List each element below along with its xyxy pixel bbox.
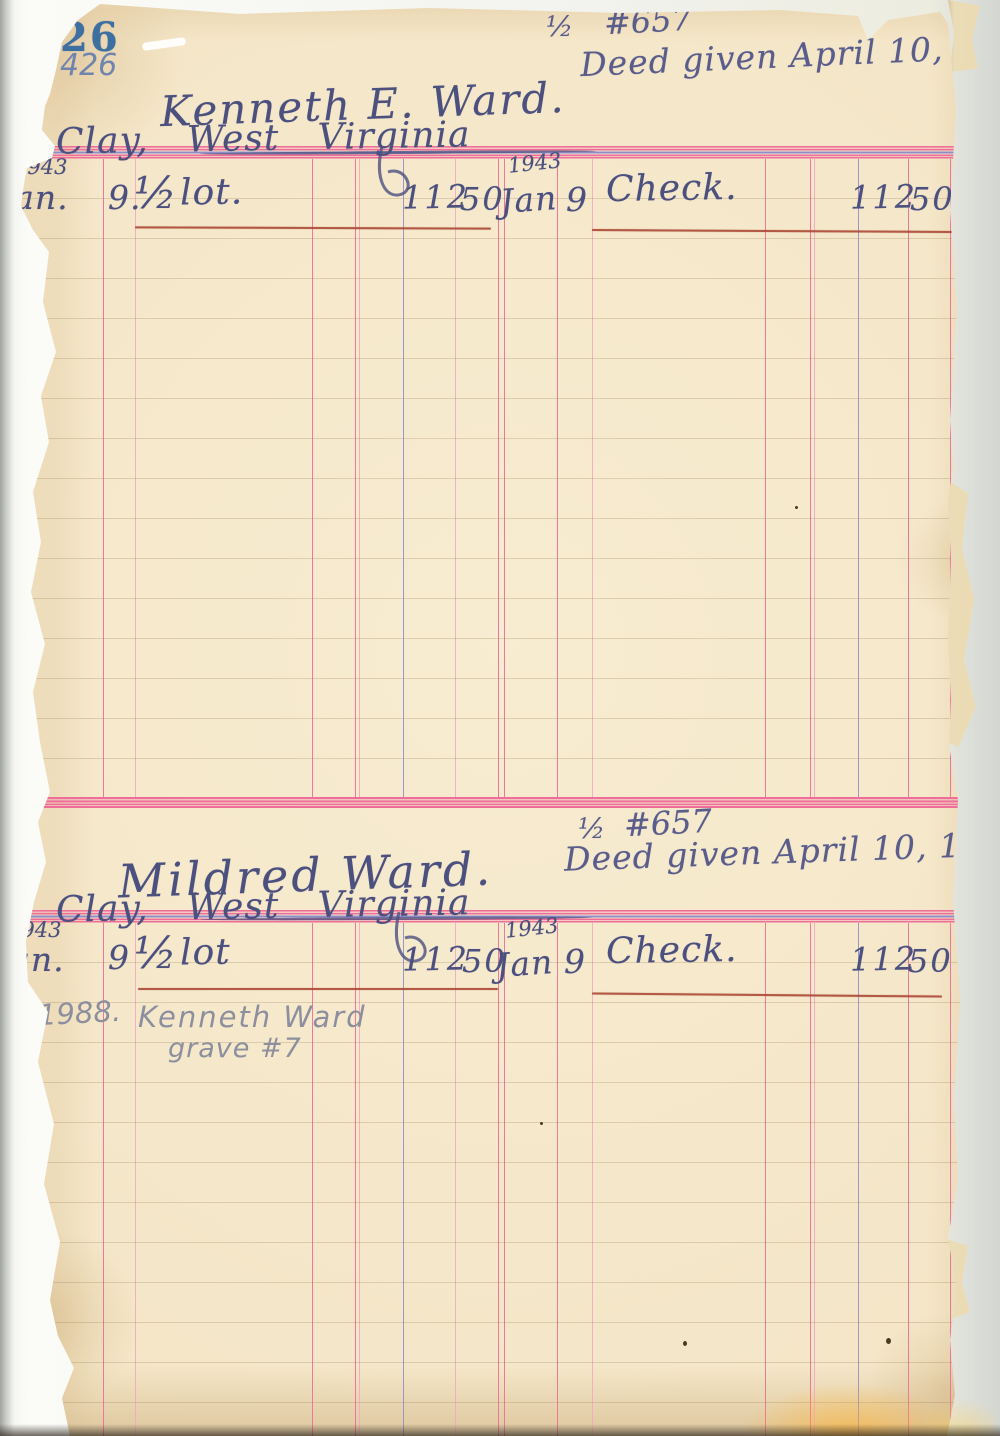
credit-amount-cents: 50 [908,942,953,980]
pencil-note-name: Kenneth Ward [138,1000,367,1034]
credit-month: Jan [499,178,559,221]
paper-speck [886,1338,891,1344]
account-1-ledger-grid [0,159,1000,798]
section-divider-rule [0,797,1000,808]
paper-speck [683,1341,687,1346]
debit-closing-line [138,988,498,990]
scanner-bed: 26 426 ½ #657 Deed given April 10, 19 Ke… [0,0,1000,1436]
paper-speck [795,506,798,509]
account-1-fraction-note: ½ [546,10,573,43]
credit-month: Jan [495,942,555,985]
account-1-lot-number: #657 [603,0,693,42]
credit-day: 9 [564,942,586,981]
debit-fraction: ½ [134,928,177,979]
credit-amount-cents: 50 [910,180,955,218]
debit-month: Jan. [0,940,65,979]
debit-day: 9 [108,938,130,977]
pencil-scribble [16,994,38,1024]
credit-amount-dollars: 112 [850,177,918,216]
debit-description: lot. [180,171,244,213]
credit-description: Check. [606,167,738,210]
descender-flourish [368,142,438,208]
descender-flourish [385,908,455,974]
credit-description: Check. [606,929,738,972]
debit-description: lot [180,932,231,974]
paper-scratch [142,37,187,51]
paper-speck [540,1122,543,1125]
pencil-note-number: 1988. [37,994,122,1032]
pencil-note-grave: grave #7 [168,1033,302,1064]
debit-year: 1943 [14,155,67,179]
debit-month: Jan. [0,178,69,217]
debit-year: 1943 [8,918,61,942]
pencil-page-number: 426 [60,48,117,83]
debit-fraction: ½ [134,168,177,219]
scan-edge-shadow [0,1424,1000,1436]
credit-day: 9 [566,180,588,219]
ledger-page: 26 426 ½ #657 Deed given April 10, 19 Ke… [0,0,1000,1436]
